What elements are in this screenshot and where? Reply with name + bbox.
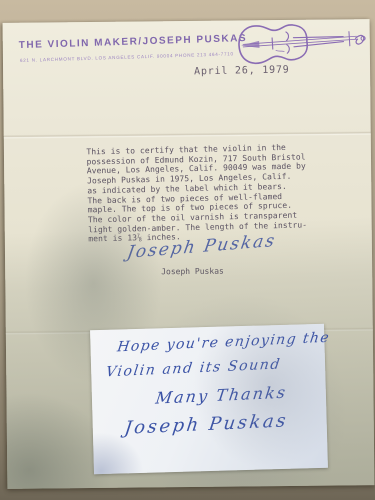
- note-card: Hope you're enjoying the Violin and its …: [90, 324, 328, 474]
- letterhead-business-name: THE VIOLIN MAKER/JOSEPH PUSKAS: [19, 33, 248, 51]
- note-thanks-line: Many Thanks: [155, 383, 289, 408]
- typed-signature-name: Joseph Puskas: [161, 267, 224, 277]
- letter-date: April 26, 1979: [194, 65, 290, 78]
- note-signature: Joseph Puskas: [123, 410, 289, 438]
- note-line-2: Violin and its Sound: [105, 356, 282, 380]
- fold-crease-upper: [4, 131, 371, 139]
- note-line-1: Hope you're enjoying the: [116, 330, 331, 356]
- letter-body-text: This is to certify that the violin in th…: [86, 142, 312, 244]
- photo-of-letter: THE VIOLIN MAKER/JOSEPH PUSKAS 621 N. LA…: [0, 0, 375, 500]
- letterhead-address-line: 621 N. LARCHMONT BLVD. LOS ANGELES CALIF…: [20, 51, 234, 63]
